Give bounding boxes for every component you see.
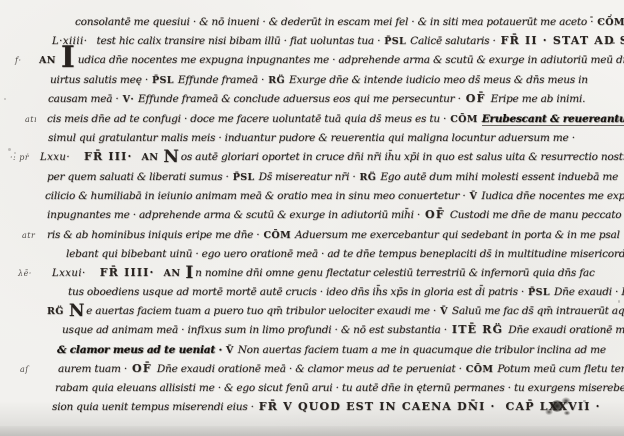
- manuscript-text-dark: & clamor meus ad te ueniat ·: [57, 344, 222, 356]
- chant-label: P̄SL: [528, 287, 550, 298]
- decorated-initial: N: [163, 147, 178, 167]
- scan-speck: [14, 152, 16, 154]
- rubric-capitals: OF̄: [132, 362, 152, 375]
- rubric-capitals: ITĒ RG̈: [452, 323, 503, 336]
- scan-speck: [618, 300, 620, 303]
- chapter-number: Lxxu·: [40, 152, 70, 163]
- chapter-number: Lxxui·: [52, 268, 86, 279]
- chant-label: V̄: [226, 345, 234, 356]
- decorated-initial: N: [69, 301, 84, 321]
- chant-label: V·: [123, 94, 134, 105]
- text-block: consolantē me quesiui · & nō inueni · & …: [0, 0, 624, 436]
- scan-speck: [590, 16, 593, 18]
- manuscript-text: ris & ab hominibus iniquis eripe me dn̄e…: [47, 229, 259, 241]
- manuscript-line: tus oboediens usque ad mortē mortē autē …: [68, 285, 624, 300]
- manuscript-text: Saluū me fac ds̄ qm̄ intrauerūt aque: [452, 305, 624, 317]
- manuscript-text: Dn̄e exaudi · I ·: [554, 286, 624, 298]
- manuscript-line: ·: pṙLxxu·FR̄ III·ANNos autē gloriari op…: [40, 150, 624, 165]
- manuscript-line: uirtus salutis meę ·P̄SLEffunde frameā ·…: [50, 73, 588, 88]
- scan-speck: [4, 98, 6, 100]
- scan-speck: [583, 400, 586, 402]
- manuscript-text: Iudica dn̄e nocentes me expugna: [481, 190, 624, 202]
- manuscript-line: inpugnantes me · adprehende arma & scutū…: [47, 208, 621, 222]
- manuscript-text: e auertas faciem tuam a puero tuo qm̄ tr…: [86, 305, 436, 317]
- chant-label: AN: [164, 268, 181, 279]
- rubric-capitals: OF̄: [425, 208, 445, 221]
- manuscript-text: Eripe me ab inimi.: [491, 93, 586, 105]
- manuscript-line: usque ad animam meā · infixus sum in lim…: [62, 323, 624, 337]
- manuscript-line: atıcis meis dn̄e ad te confugi · doce me…: [47, 112, 624, 127]
- manuscript-text: Non auertas faciem tuam a me in quacumqu…: [238, 344, 606, 356]
- rubric-capitals: FR̄ III·: [84, 150, 132, 163]
- chant-label: V̄: [440, 306, 448, 317]
- manuscript-line: f·ANIudica dn̄e nocentes me expugna inpu…: [35, 53, 624, 68]
- manuscript-text: cilicio & humiliabā in ieiunio animam me…: [45, 190, 466, 202]
- scan-speck: [600, 20, 602, 22]
- manuscript-text: Potum meū cum fletu tempe: [497, 363, 624, 375]
- chant-label: RG̈: [360, 172, 377, 183]
- decorated-initial: I: [61, 40, 75, 75]
- manuscript-text: lebant qui bibebant uinū · ego uero orat…: [66, 248, 624, 260]
- manuscript-line: simul qui gratulantur malis meis · indua…: [48, 131, 575, 145]
- chant-label: AN: [39, 55, 56, 66]
- manuscript-text: aurem tuam ·: [58, 363, 127, 375]
- marginal-sigla: aſ: [20, 363, 29, 377]
- scan-speck: [612, 42, 615, 44]
- marginal-sigla: λē·: [18, 267, 32, 281]
- scan-speck: [617, 118, 620, 121]
- scanned-page: consolantē me quesiui · & nō inueni · & …: [0, 0, 624, 436]
- manuscript-text: os autē gloriari oportet in cruce dn̄i n…: [181, 151, 624, 163]
- manuscript-text: Custodi me dn̄e de manu peccato: [450, 209, 622, 221]
- manuscript-text: inpugnantes me · adprehende arma & scutū…: [47, 209, 420, 221]
- manuscript-text: per quem saluati & liberati sumus ·: [47, 171, 229, 183]
- chant-label: RG̈: [268, 75, 285, 86]
- manuscript-line: λē·Lxxui·FR̄ IIII·ANIn nomine dn̄i omne …: [52, 266, 595, 281]
- manuscript-line: consolantē me quesiui · & nō inueni · & …: [75, 15, 624, 30]
- marginal-sigla: atr: [22, 229, 35, 243]
- manuscript-line: atrris & ab hominibus iniquis eripe me d…: [47, 228, 620, 243]
- ink-stamp: [543, 395, 575, 419]
- manuscript-line: sion quia uenit tempus miserendi eius ·F…: [52, 400, 606, 414]
- manuscript-text: causam meā ·: [48, 93, 119, 105]
- marginal-sigla: ·: pṙ: [10, 151, 29, 165]
- manuscript-text: tus oboediens usque ad mortē mortē autē …: [68, 286, 524, 298]
- manuscript-text: Effunde frameā & conclude aduersus eos q…: [138, 93, 461, 105]
- chant-label: CŌM: [263, 230, 291, 241]
- scan-speck: [610, 14, 612, 16]
- chant-label: P̄SL: [384, 36, 406, 47]
- manuscript-text: sion quia uenit tempus miserendi eius ·: [52, 401, 254, 413]
- chant-label: AN: [142, 152, 159, 163]
- chant-label: RG̈: [47, 306, 64, 317]
- manuscript-text: test hic calix transire nisi bibam illū …: [96, 35, 380, 47]
- manuscript-text: cis meis dn̄e ad te confugi · doce me fa…: [47, 113, 446, 125]
- manuscript-text: uirtus salutis meę ·: [50, 74, 148, 86]
- decorated-initial: I: [185, 263, 193, 283]
- marginal-sigla: atı: [25, 113, 37, 127]
- chant-label: P̄SL: [233, 172, 255, 183]
- manuscript-line: cilicio & humiliabā in ieiunio animam me…: [45, 189, 624, 204]
- scan-speck: [8, 148, 11, 151]
- manuscript-text: Aduersum me exercebantur qui sedebant in…: [295, 229, 620, 241]
- manuscript-line: rabam quia eleuans allisisti me · & ego …: [55, 381, 624, 395]
- manuscript-line: L·xiiii·test hic calix transire nisi bib…: [52, 34, 624, 49]
- manuscript-line: aſaurem tuam ·OF̄Dn̄e exaudi orationē me…: [58, 362, 624, 377]
- manuscript-line: RG̈Ne auertas faciem tuam a puero tuo qm…: [43, 304, 624, 319]
- chant-label: P̄SL: [152, 75, 174, 86]
- chant-label: V̄: [470, 191, 478, 202]
- manuscript-text: usque ad animam meā · infixus sum in lim…: [62, 324, 447, 336]
- manuscript-text: Ego autē dum mihi molesti essent induebā…: [380, 171, 618, 183]
- manuscript-line: lebant qui bibebant uinū · ego uero orat…: [66, 247, 624, 261]
- manuscript-line: & clamor meus ad te ueniat ·V̄Non auerta…: [57, 343, 606, 358]
- manuscript-text: rabam quia eleuans allisisti me · & ego …: [55, 382, 624, 394]
- manuscript-text: Exurge dn̄e & intende iudicio meo ds̄ me…: [289, 74, 588, 86]
- scan-edge-shadow: [0, 426, 624, 436]
- marginal-sigla: f·: [15, 54, 22, 68]
- manuscript-text: Dn̄e exaudi orationē meā: [508, 324, 624, 336]
- manuscript-text: consolantē me quesiui · & nō inueni · & …: [75, 16, 593, 28]
- manuscript-text: simul qui gratulantur malis meis · indua…: [48, 132, 575, 144]
- rubric-capitals: FR̄ II · STAT AD SCŌS NEREU ET ACHILLEŪ: [501, 34, 624, 47]
- manuscript-text: Ds̄ misereatur nr̄i ·: [259, 171, 356, 183]
- manuscript-text-dark: Erubescant & reuereantur: [482, 113, 624, 126]
- chant-label: CŌM: [466, 364, 494, 375]
- manuscript-text: udica dn̄e nocentes me expugna inpugnant…: [78, 54, 624, 66]
- manuscript-line: per quem saluati & liberati sumus ·P̄SLD…: [47, 170, 618, 185]
- rubric-capitals: FR̄ IIII·: [100, 266, 155, 279]
- manuscript-text: Dn̄e exaudi orationē meā · & clamor meus…: [157, 363, 462, 375]
- manuscript-line: causam meā ·V·Effunde frameā & conclude …: [48, 92, 585, 107]
- rubric-capitals: FR̄ V QUOD EST IN CAENA DN̄I ·: [259, 400, 496, 413]
- manuscript-text: n nomine dn̄i omne genu flectatur celest…: [195, 267, 594, 279]
- chant-label: CŌM: [450, 114, 478, 125]
- manuscript-text: Calicē salutaris ·: [410, 35, 496, 47]
- chant-label: CŌM: [597, 17, 624, 28]
- manuscript-text: Effunde frameā ·: [178, 74, 264, 86]
- rubric-capitals: OF̄: [466, 92, 486, 105]
